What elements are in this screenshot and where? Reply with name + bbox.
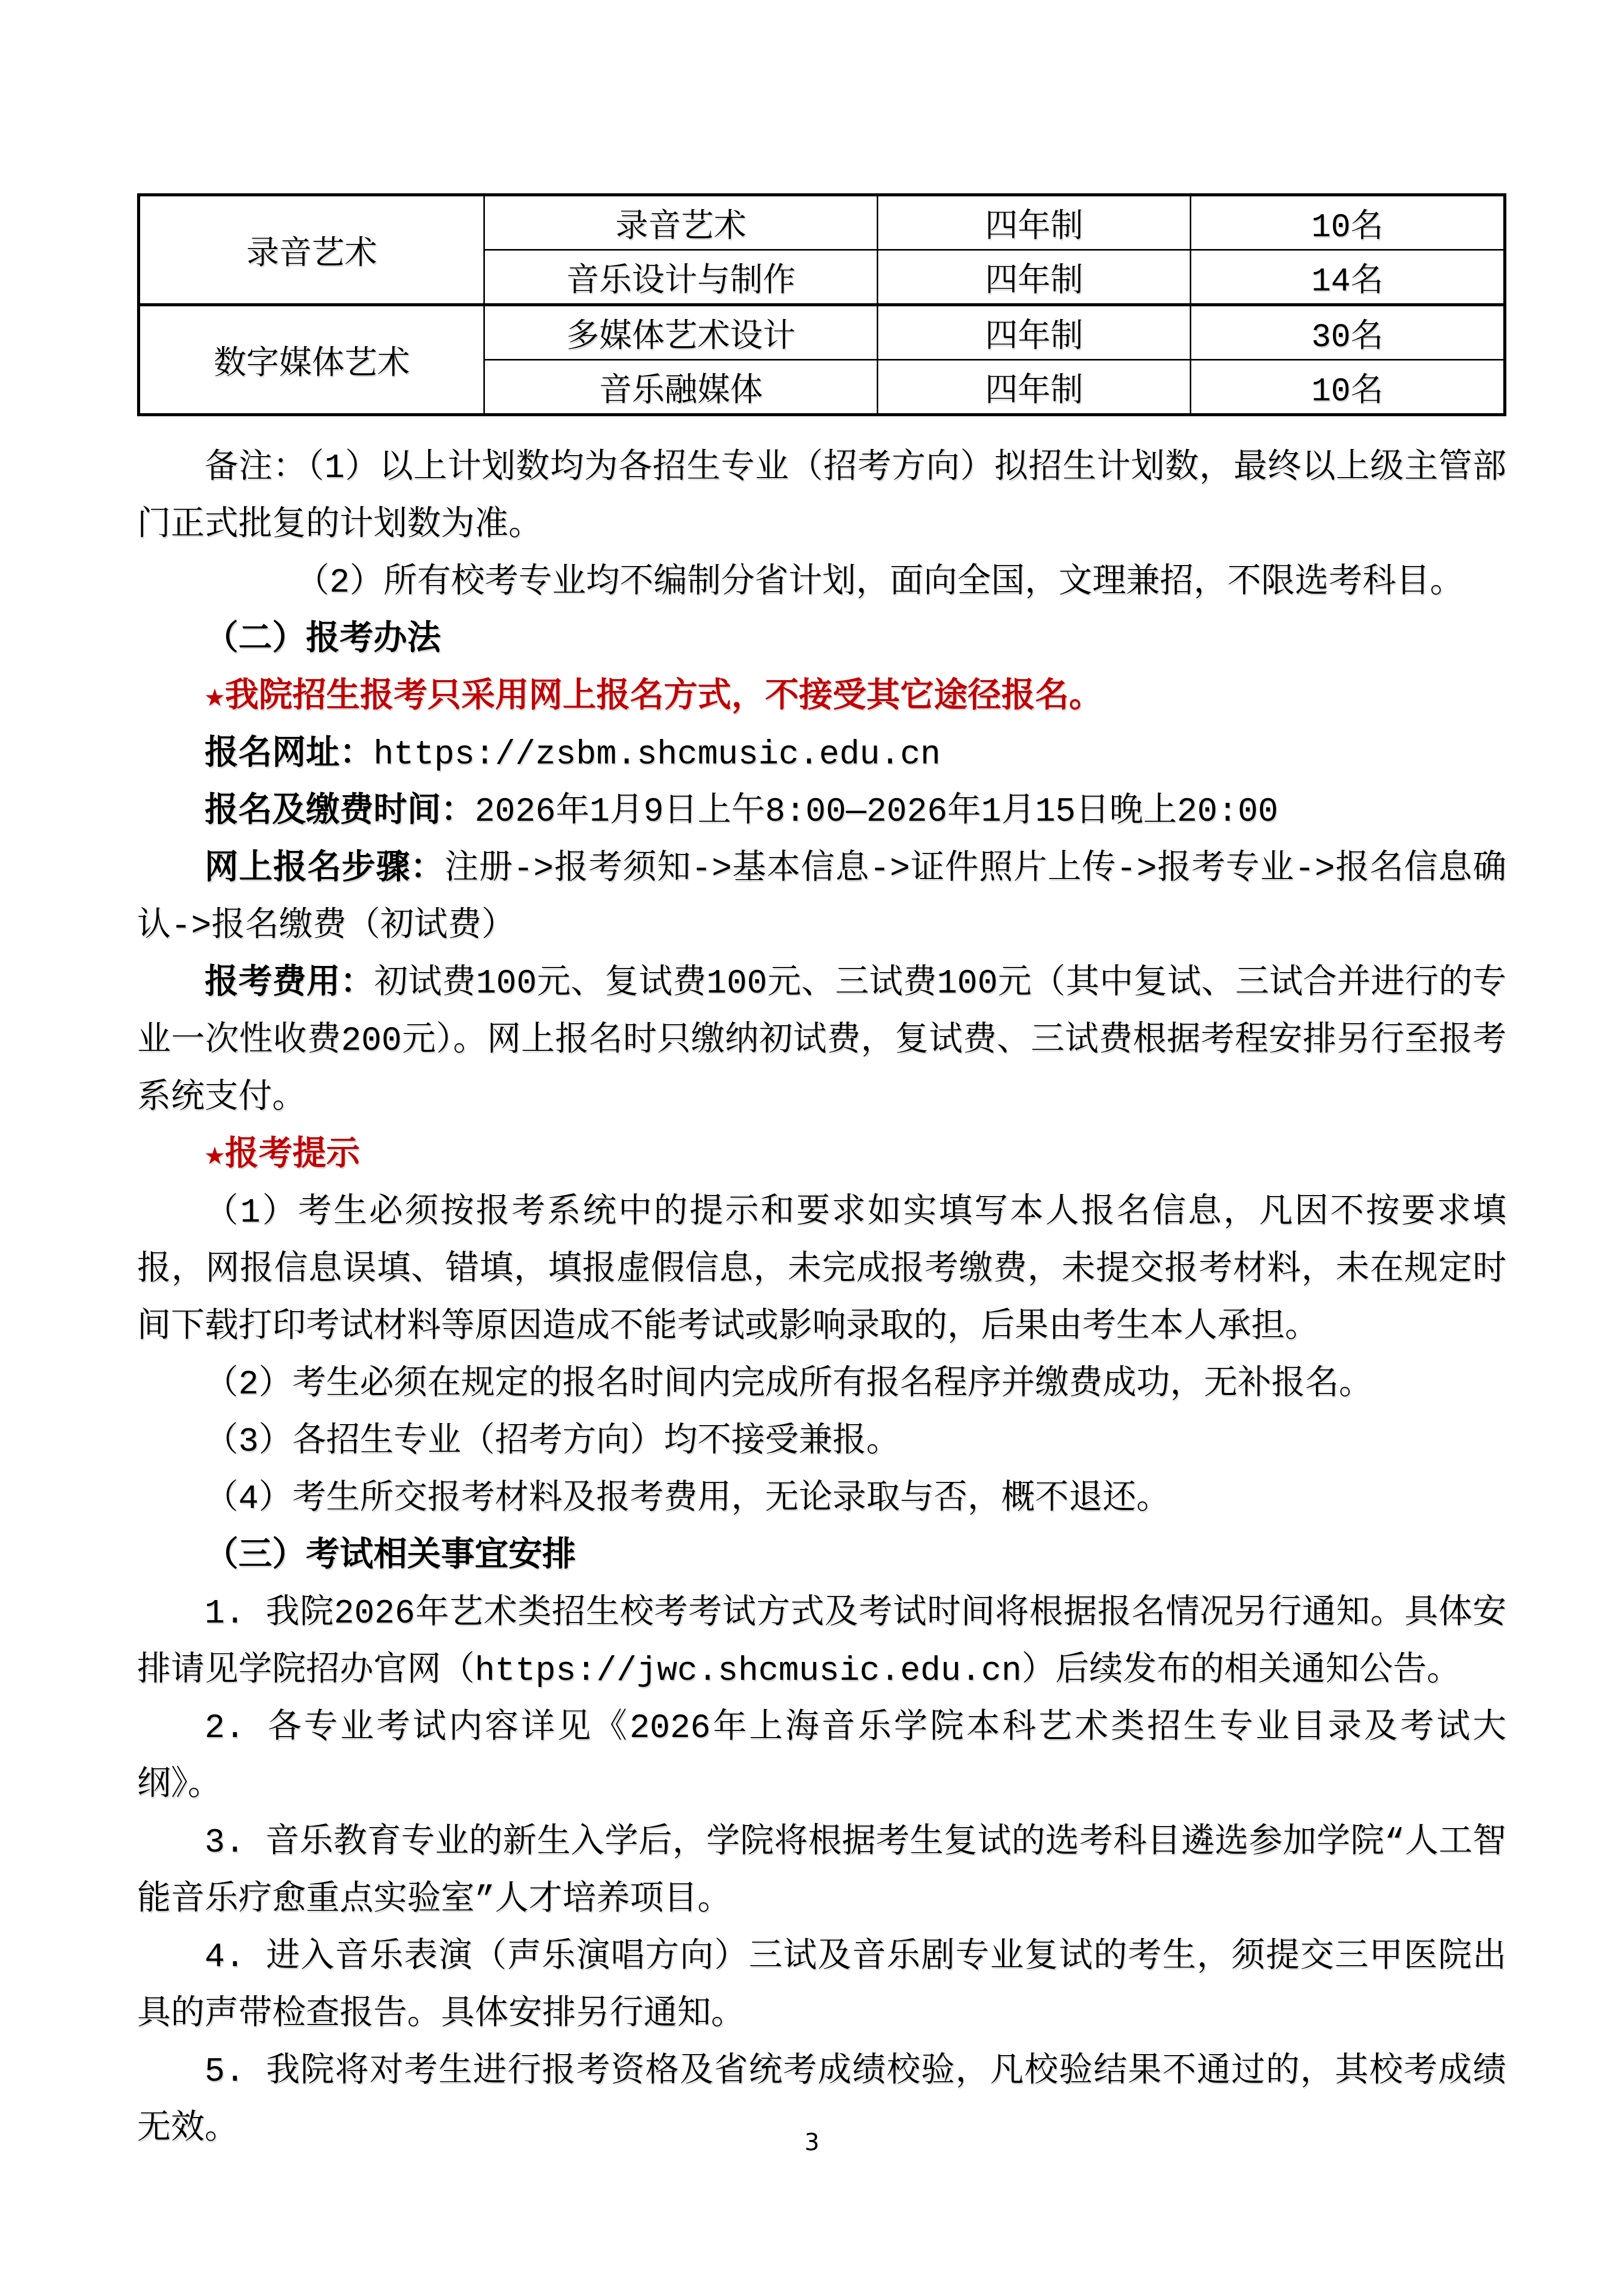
major-cell: 录音艺术 [139, 195, 484, 305]
direction-cell: 音乐设计与制作 [484, 250, 878, 305]
duration-cell: 四年制 [878, 305, 1191, 360]
section-3-heading: （三）考试相关事宜安排 [137, 1528, 1506, 1585]
reg-website-url-text: https://zsbm.shcmusic.edu.cn [373, 735, 941, 774]
quota-cell: 14名 [1191, 250, 1505, 305]
table-row: 数字媒体艺术 多媒体艺术设计 四年制 30名 [139, 305, 1505, 360]
tip-item-4: （4）考生所交报考材料及报考费用，无论录取与否，概不退还。 [137, 1471, 1506, 1528]
tip-item-3: （3）各招生专业（招考方向）均不接受兼报。 [137, 1413, 1506, 1471]
table-note-1: 备注：（1）以上计划数均为各招生专业（招考方向）拟招生计划数，最终以上级主管部门… [137, 440, 1506, 554]
page-number: 3 [0, 2128, 1624, 2156]
exam-item-2: 2. 各专业考试内容详见《2026年上海音乐学院本科艺术类招生专业目录及考试大纲… [137, 1700, 1506, 1814]
exam-fees-line: 报考费用：初试费100元、复试费100元、三试费100元（其中复试、三试合并进行… [137, 955, 1506, 1127]
exam-item-4: 4. 进入音乐表演（声乐演唱方向）三试及音乐剧专业复试的考生，须提交三甲医院出具… [137, 1929, 1506, 2043]
document-page: 录音艺术 录音艺术 四年制 10名 音乐设计与制作 四年制 14名 数字媒体艺术… [0, 0, 1624, 2296]
direction-cell: 音乐融媒体 [484, 360, 878, 415]
major-cell: 数字媒体艺术 [139, 305, 484, 415]
online-reg-steps-line: 网上报名步骤：注册->报考须知->基本信息->证件照片上传->报考专业->报名信… [137, 841, 1506, 955]
duration-cell: 四年制 [878, 360, 1191, 415]
section-2-heading: （二）报考办法 [137, 612, 1506, 669]
table-note-2: （2）所有校考专业均不编制分省计划，面向全国，文理兼招，不限选考科目。 [137, 554, 1506, 612]
reg-website-line: 报名网址：https://zsbm.shcmusic.edu.cn [137, 726, 1506, 783]
tip-item-1: （1）考生必须按报考系统中的提示和要求如实填写本人报名信息，凡因不按要求填报，网… [137, 1184, 1506, 1356]
duration-cell: 四年制 [878, 195, 1191, 250]
exam-item-3: 3. 音乐教育专业的新生入学后，学院将根据考生复试的选考科目遴选参加学院“人工智… [137, 1814, 1506, 1929]
page-content: 录音艺术 录音艺术 四年制 10名 音乐设计与制作 四年制 14名 数字媒体艺术… [137, 0, 1506, 2158]
quota-cell: 30名 [1191, 305, 1505, 360]
table-row: 录音艺术 录音艺术 四年制 10名 [139, 195, 1505, 250]
online-reg-steps-label: 网上报名步骤： [205, 850, 444, 888]
duration-cell: 四年制 [878, 250, 1191, 305]
exam-fees-label: 报考费用： [205, 964, 374, 1003]
reg-payment-time-label: 报名及缴费时间： [205, 793, 475, 831]
quota-cell: 10名 [1191, 195, 1505, 250]
direction-cell: 多媒体艺术设计 [484, 305, 878, 360]
reg-payment-time-line: 报名及缴费时间：2026年1月9日上午8:00—2026年1月15日晚上20:0… [137, 783, 1506, 841]
reg-payment-time-value: 2026年1月9日上午8:00—2026年1月15日晚上20:00 [475, 793, 1278, 831]
reg-website-label: 报名网址： [205, 735, 373, 774]
exam-item-1: 1. 我院2026年艺术类招生校考考试方式及考试时间将根据报名情况另行通知。具体… [137, 1585, 1506, 1700]
tips-heading: ★报考提示 [137, 1127, 1506, 1184]
enrollment-plan-table: 录音艺术 录音艺术 四年制 10名 音乐设计与制作 四年制 14名 数字媒体艺术… [137, 193, 1506, 416]
tip-item-2: （2）考生必须在规定的报名时间内完成所有报名程序并缴费成功，无补报名。 [137, 1356, 1506, 1413]
direction-cell: 录音艺术 [484, 195, 878, 250]
quota-cell: 10名 [1191, 360, 1505, 415]
online-only-notice: ★我院招生报考只采用网上报名方式，不接受其它途径报名。 [137, 669, 1506, 726]
